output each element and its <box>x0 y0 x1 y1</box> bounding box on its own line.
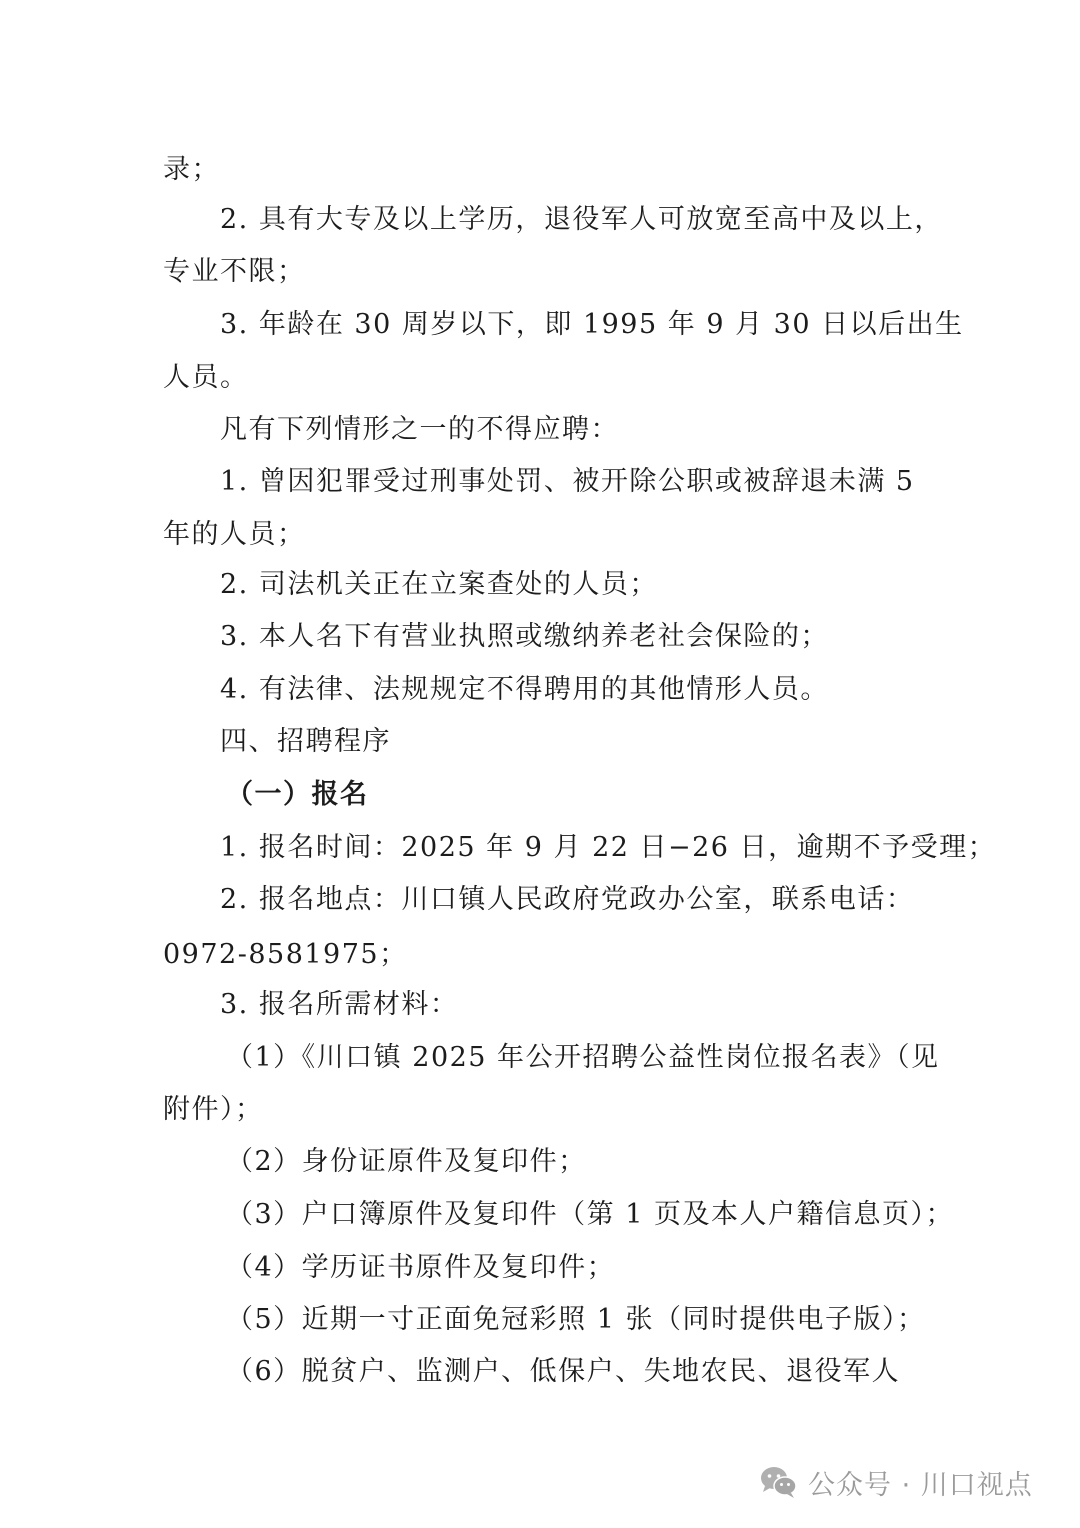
text-line: 2. 报名地点：川口镇人民政府党政办公室，联系电话： <box>220 882 914 918</box>
text-line: 2. 具有大专及以上学历，退役军人可放宽至高中及以上， <box>220 202 943 238</box>
section-heading: 四、招聘程序 <box>220 724 391 760</box>
text-line: 1. 曾因犯罪受过刑事处罚、被开除公职或被辞退未满 5 <box>220 464 915 500</box>
text-line: 录； <box>163 152 220 188</box>
text-line: 专业不限； <box>163 254 306 290</box>
document-page: 录； 2. 具有大专及以上学历，退役军人可放宽至高中及以上， 专业不限； 3. … <box>0 0 1080 1528</box>
text-line: 4. 有法律、法规规定不得聘用的其他情形人员。 <box>220 672 829 708</box>
text-line: （3）户口簿原件及复印件（第 1 页及本人户籍信息页）； <box>226 1197 954 1233</box>
watermark: 公众号 · 川口视点 <box>760 1462 1033 1502</box>
text-line: （1）《川口镇 2025 年公开招聘公益性岗位报名表》（见 <box>226 1040 940 1076</box>
text-line: （2）身份证原件及复印件； <box>226 1144 587 1180</box>
wechat-icon <box>760 1465 798 1499</box>
text-line: （4）学历证书原件及复印件； <box>226 1250 615 1286</box>
text-line: 3. 年龄在 30 周岁以下，即 1995 年 9 月 30 日以后出生 <box>220 307 964 343</box>
text-line: 附件）； <box>163 1092 264 1128</box>
text-line: 人员。 <box>163 360 249 396</box>
text-line: 3. 报名所需材料： <box>220 987 458 1023</box>
text-line: 2. 司法机关正在立案查处的人员； <box>220 567 658 603</box>
phone-number: 0972-8581975； <box>163 937 408 973</box>
text-line: （5）近期一寸正面免冠彩照 1 张（同时提供电子版）； <box>226 1302 926 1338</box>
text-line: 3. 本人名下有营业执照或缴纳养老社会保险的； <box>220 619 829 655</box>
text-line: 年的人员； <box>163 517 306 553</box>
text-line: （6）脱贫户、监测户、低保户、失地农民、退役军人 <box>226 1354 900 1390</box>
subsection-heading: （一）报名 <box>226 777 369 813</box>
text-line: 凡有下列情形之一的不得应聘： <box>220 412 619 448</box>
text-line: 1. 报名时间：2025 年 9 月 22 日−26 日，逾期不予受理； <box>220 830 996 866</box>
watermark-label: 公众号 · 川口视点 <box>808 1463 1033 1502</box>
